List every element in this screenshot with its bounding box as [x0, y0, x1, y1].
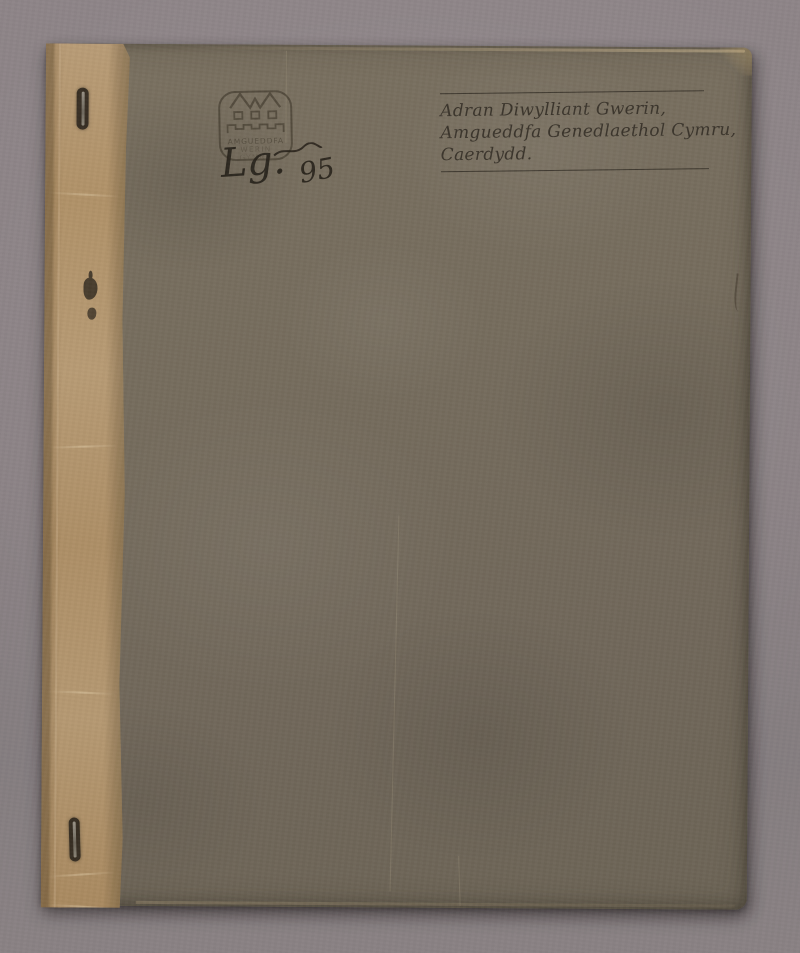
- inscription-line-1: Adran Diwylliant Gwerin,: [440, 97, 722, 122]
- catalog-mark-number: 95: [296, 151, 337, 190]
- spine-crease: [48, 690, 116, 695]
- spine-crease: [47, 871, 115, 877]
- castle-tower-icon: [251, 112, 259, 119]
- staple-top: [76, 88, 88, 130]
- inscription-line-3: Caerdydd.: [441, 141, 723, 166]
- castle-tower-icon: [234, 112, 242, 119]
- spine-crease: [50, 445, 118, 449]
- spine-fold-line: [54, 43, 61, 907]
- handwritten-inscription: Adran Diwylliant Gwerin, Amgueddfa Gened…: [440, 90, 723, 172]
- spine-crease: [51, 192, 119, 198]
- handwritten-catalog-mark: Lg. 95: [219, 132, 383, 212]
- spine-tape: [41, 43, 130, 907]
- ink-blot: [87, 308, 96, 320]
- castle-wall-icon: [268, 111, 276, 118]
- staple-bottom: [69, 817, 81, 861]
- front-cover-paper: [41, 43, 752, 909]
- photograph-background: AMGUEDDFA WERIN GYMRU Lg. 95 Adran Diwyl…: [0, 0, 800, 953]
- ink-blot: [83, 278, 97, 300]
- spine-crease: [47, 904, 115, 910]
- inscription-line-2: Amgueddfa Genedlaethol Cymru,: [440, 119, 722, 144]
- battlement-icon: [228, 124, 284, 133]
- notebook-cover: AMGUEDDFA WERIN GYMRU Lg. 95 Adran Diwyl…: [41, 43, 752, 909]
- castle-roofs-icon: [230, 93, 280, 108]
- worn-corner: [720, 47, 752, 75]
